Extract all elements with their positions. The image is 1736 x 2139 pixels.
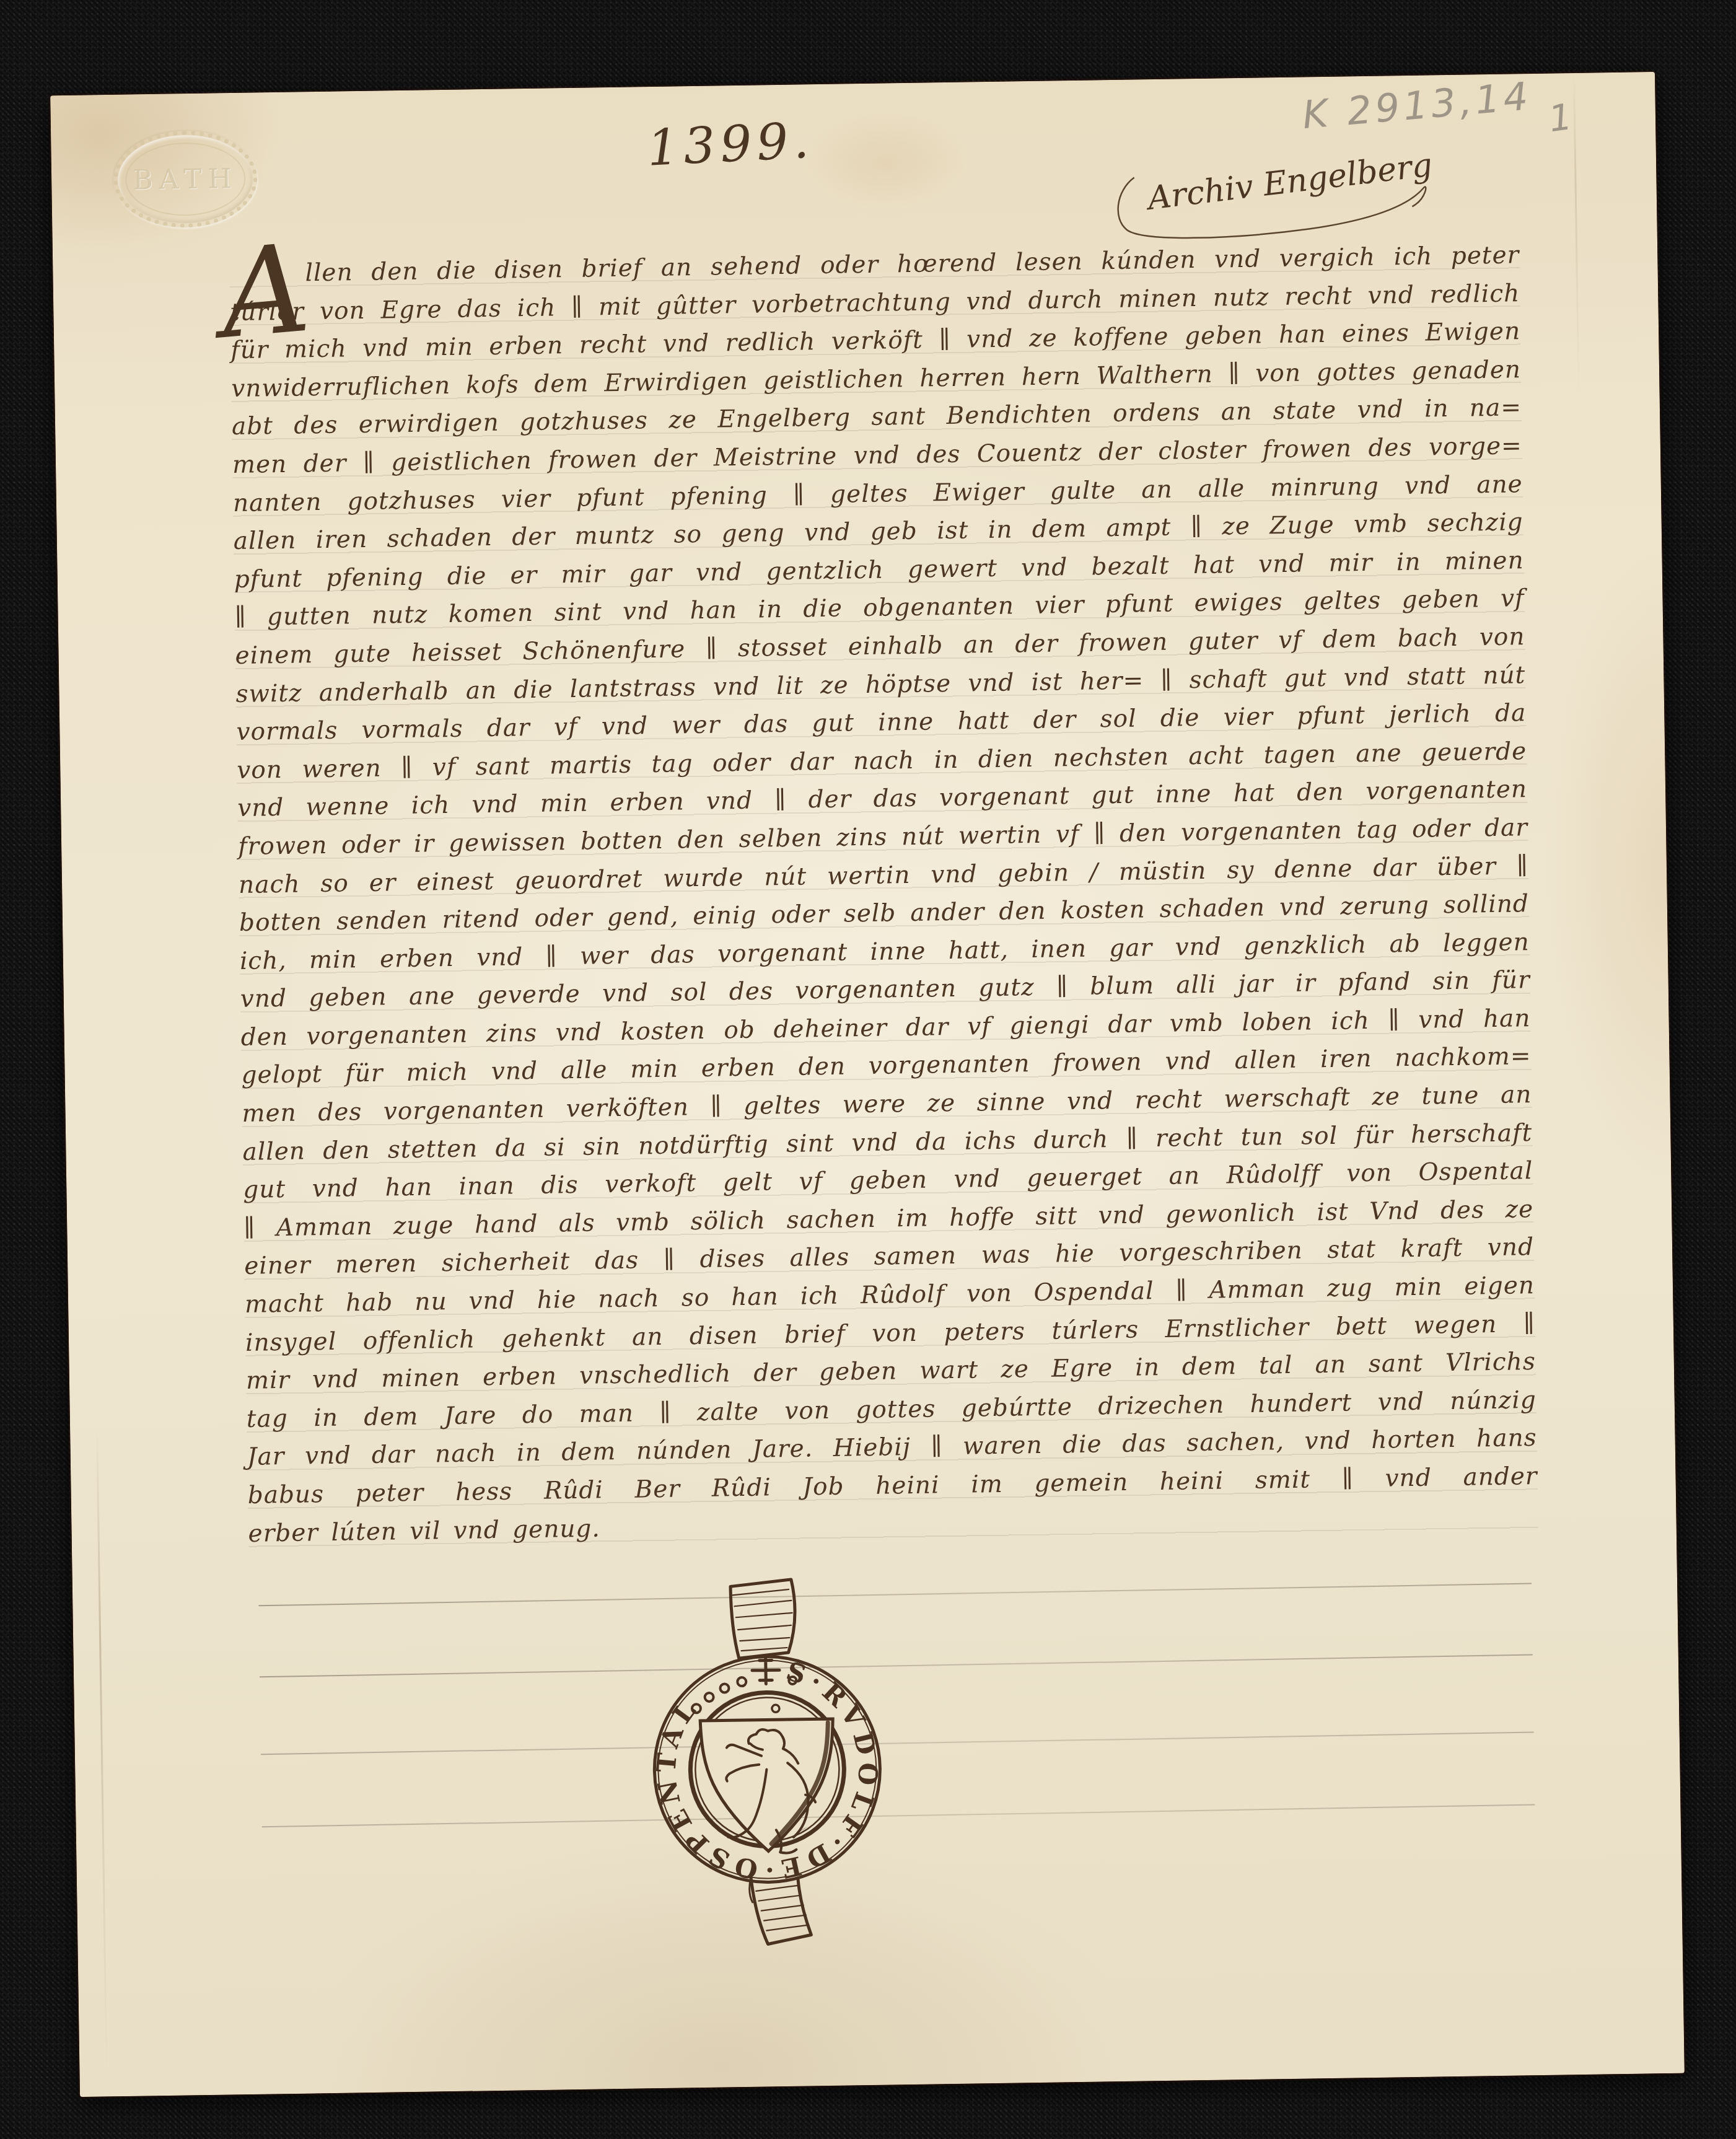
manuscript-page: BATH K 2913,14 1 1399. Archiv Engelberg … <box>50 72 1685 2097</box>
paper-crease <box>1573 73 1580 395</box>
seal-drawing: S·RVDOLF·DE·OSPENTAL <box>625 1575 928 1976</box>
archive-annotation-text: Archiv Engelberg <box>1143 146 1434 217</box>
seal-inner-dot <box>772 1705 779 1712</box>
paper-crease <box>96 1427 108 2078</box>
seal-bottom-strap <box>749 1877 811 1944</box>
drop-cap-initial: A <box>216 228 314 356</box>
manuscript-text: A llen den die disen brief an sehend ode… <box>229 236 1538 1553</box>
year-heading: 1399. <box>646 111 815 177</box>
seal-top-strap <box>730 1579 796 1659</box>
page-number-pencil: 1 <box>1546 95 1575 140</box>
photo-background: BATH K 2913,14 1 1399. Archiv Engelberg … <box>0 0 1736 2139</box>
embossed-stamp: BATH <box>113 130 258 228</box>
embossed-stamp-text: BATH <box>133 162 238 196</box>
